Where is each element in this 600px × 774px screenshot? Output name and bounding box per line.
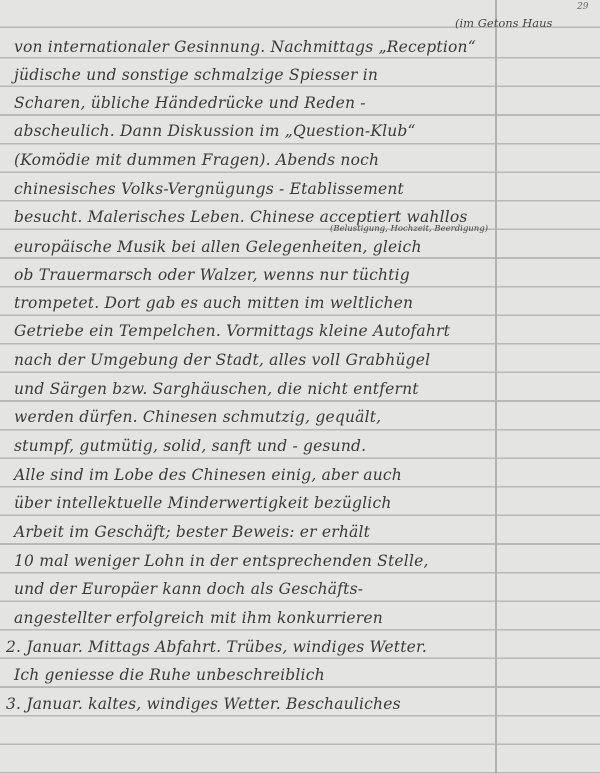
- text-line: Scharen, übliche Händedrücke und Reden -: [14, 94, 366, 112]
- text-line: von internationaler Gesinnung. Nachmitta…: [14, 38, 476, 56]
- text-line: besucht. Malerisches Leben. Chinese acce…: [14, 208, 468, 226]
- page-number: 29: [577, 2, 588, 12]
- text-line: und Särgen bzw. Sarghäuschen, die nicht …: [14, 380, 419, 398]
- diary-entry-date-line: 2. Januar. Mittags Abfahrt. Trübes, wind…: [6, 638, 427, 656]
- text-line: und der Europäer kann doch als Geschäfts…: [14, 580, 363, 598]
- margin-line: [495, 0, 497, 774]
- text-line: Alle sind im Lobe des Chinesen einig, ab…: [14, 466, 402, 484]
- text-line: nach der Umgebung der Stadt, alles voll …: [14, 351, 430, 369]
- text-line: 10 mal weniger Lohn in der entsprechende…: [14, 552, 429, 570]
- text-line: chinesisches Volks-Vergnügungs - Etablis…: [14, 180, 404, 198]
- text-line: (Komödie mit dummen Fragen). Abends noch: [14, 151, 379, 169]
- text-line: europäische Musik bei allen Gelegenheite…: [14, 238, 422, 256]
- text-line: werden dürfen. Chinesen schmutzig, gequä…: [14, 408, 381, 426]
- text-line: Arbeit im Geschäft; bester Beweis: er er…: [14, 523, 370, 541]
- text-line: abscheulich. Dann Diskussion im „Questio…: [14, 122, 416, 140]
- text-line: Getriebe ein Tempelchen. Vormittags klei…: [14, 322, 450, 340]
- diary-page: 29 (im Getons Haus (Belustigung, Hochzei…: [0, 0, 600, 774]
- diary-entry-date-line: 3. Januar. kaltes, windiges Wetter. Besc…: [6, 695, 401, 713]
- text-line: ob Trauermarsch oder Walzer, wenns nur t…: [14, 266, 410, 284]
- text-line: angestellter erfolgreich mit ihm konkurr…: [14, 609, 383, 627]
- text-line: jüdische und sonstige schmalzige Spiesse…: [14, 66, 378, 84]
- text-line: trompetet. Dort gab es auch mitten im we…: [14, 294, 413, 312]
- text-line: Ich geniesse die Ruhe unbeschreiblich: [14, 666, 325, 684]
- text-line: über intellektuelle Minderwertigkeit bez…: [14, 494, 392, 512]
- text-line: stumpf, gutmütig, solid, sanft und - ges…: [14, 437, 366, 455]
- insert-annotation-top: (im Getons Haus: [455, 16, 552, 30]
